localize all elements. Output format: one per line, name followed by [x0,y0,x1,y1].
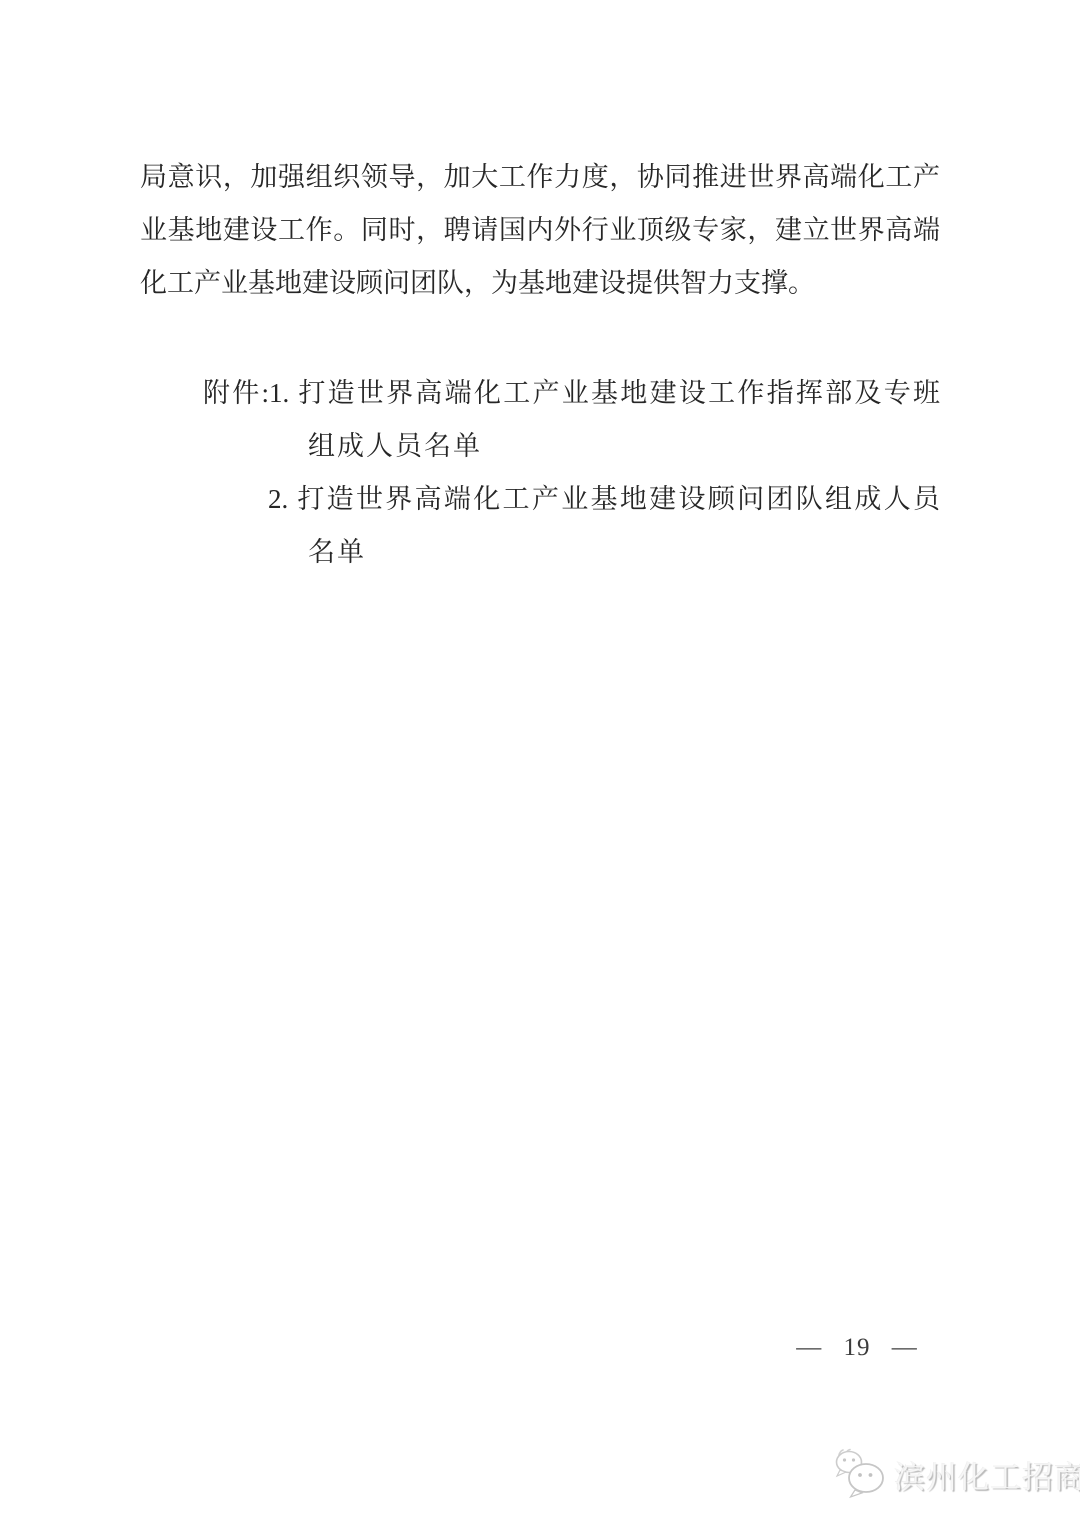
attachment-item-2-text: 打造世界高端化工产业基地建设顾问团队组成人员 [297,484,940,514]
attachment-item-1-number: 1. [269,378,289,408]
watermark: 滨州化工招商 [833,1448,1080,1500]
attachment-item-1-text: 打造世界高端化工产业基地建设工作指挥部及专班 [298,378,940,408]
attachment-item-2-line-1: 2. 打造世界高端化工产业基地建设顾问团队组成人员 [268,473,940,526]
document-page: 局意识，加强组织领导，加大工作力度，协同推进世界高端化工产 业基地建设工作。同时… [0,0,1080,1527]
attachment-item-1-line-1: 附件:1. 打造世界高端化工产业基地建设工作指挥部及专班 [203,367,940,420]
attachment-item-1-line-2: 组成人员名单 [308,420,1080,473]
attachment-item-2-line-2: 名单 [308,526,1080,579]
paragraph-line-1: 局意识，加强组织领导，加大工作力度，协同推进世界高端化工产 [140,151,940,204]
attachment-label: 附件: [203,378,269,408]
paragraph-line-3: 化工产业基地建设顾问团队，为基地建设提供智力支撑。 [140,257,940,310]
paragraph-line-2: 业基地建设工作。同时，聘请国内外行业顶级专家，建立世界高端 [140,204,940,257]
watermark-text: 滨州化工招商 [894,1452,1080,1497]
page-number: — 19 — [772,1334,942,1362]
attachment-item-2-number: 2. [268,484,288,514]
body-paragraph: 局意识，加强组织领导，加大工作力度，协同推进世界高端化工产 业基地建设工作。同时… [140,151,940,310]
attachment-list: 附件:1. 打造世界高端化工产业基地建设工作指挥部及专班 组成人员名单 2. 打… [0,367,1080,579]
wechat-icon [833,1448,887,1500]
